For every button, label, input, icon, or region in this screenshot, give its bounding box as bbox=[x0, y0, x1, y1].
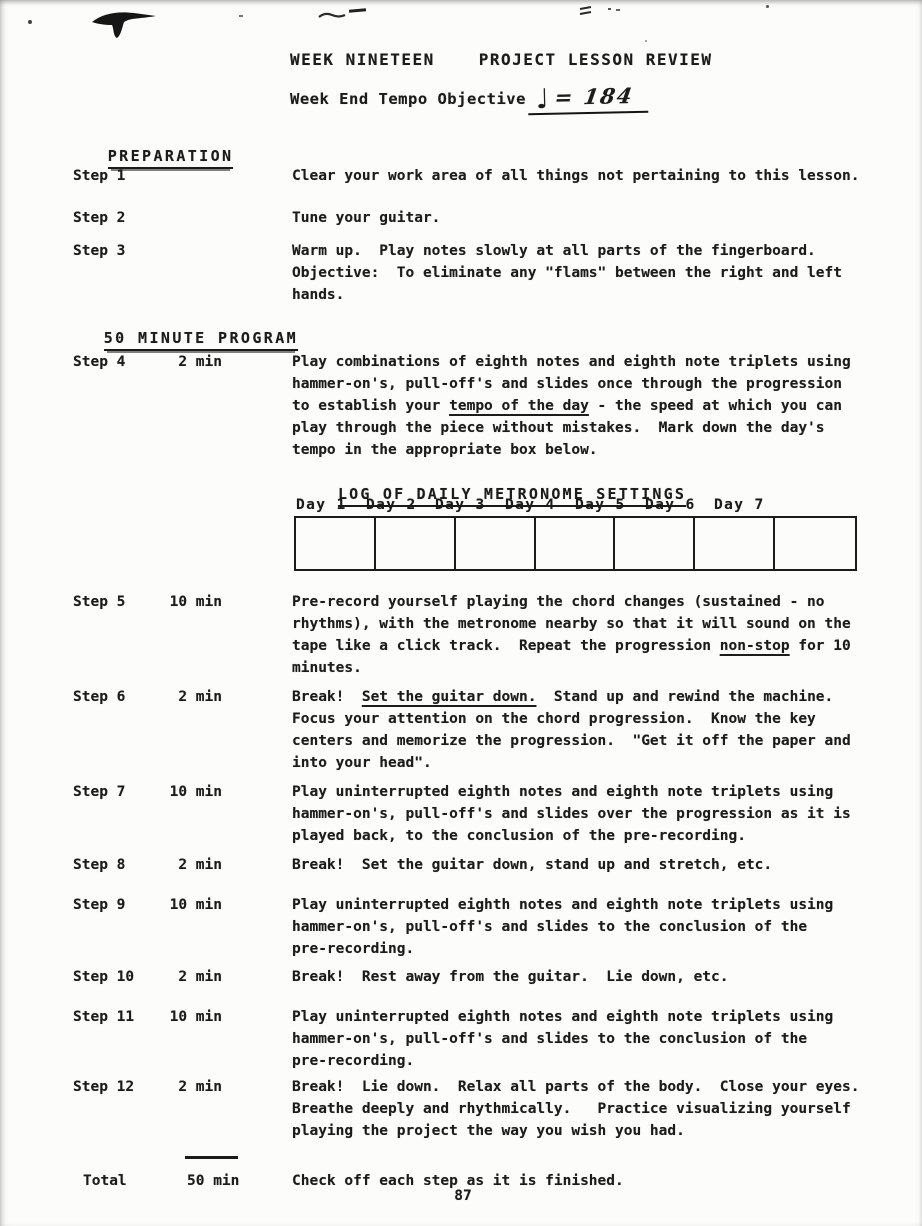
step-time: 2 min bbox=[168, 686, 222, 708]
program-heading-text: 50 MINUTE PROGRAM bbox=[104, 329, 298, 351]
day-column-header: Day 3 bbox=[435, 497, 486, 513]
sum-rule bbox=[185, 1156, 238, 1159]
step-label: Step 12 bbox=[73, 1076, 134, 1098]
step-text: Warm up. Play notes slowly at all parts … bbox=[292, 240, 906, 306]
step-text: Play uninterrupted eighth notes and eigh… bbox=[292, 1006, 906, 1072]
quarter-note-icon: ♩ bbox=[536, 93, 549, 107]
scan-smudge-tilde bbox=[318, 11, 346, 20]
scan-speck bbox=[239, 15, 243, 17]
step-time: 2 min bbox=[168, 1076, 222, 1098]
page-number: 87 bbox=[438, 1188, 488, 1204]
step-label: Step 10 bbox=[73, 966, 134, 988]
step-label: Step 8 bbox=[73, 854, 125, 876]
step-label: Step 2 bbox=[73, 207, 125, 229]
step-label: Step 11 bbox=[73, 1006, 134, 1028]
metronome-day-box bbox=[775, 518, 855, 569]
step-text: Tune your guitar. bbox=[292, 207, 906, 229]
step-text: Play uninterrupted eighth notes and eigh… bbox=[292, 894, 906, 960]
step-time: 2 min bbox=[168, 351, 222, 373]
step-label: Step 6 bbox=[73, 686, 125, 708]
step-time: 10 min bbox=[168, 781, 222, 803]
step-label: Step 4 bbox=[73, 351, 125, 373]
scan-speck bbox=[645, 40, 647, 42]
tempo-objective-line: Week End Tempo Objective ♩= 184 bbox=[290, 84, 647, 114]
metronome-day-box bbox=[536, 518, 616, 569]
metronome-day-box bbox=[695, 518, 775, 569]
step-time: 10 min bbox=[168, 591, 222, 613]
step-time: 10 min bbox=[168, 894, 222, 916]
step-text: Play combinations of eighth notes and ei… bbox=[292, 351, 906, 461]
metronome-day-box bbox=[376, 518, 456, 569]
log-heading: LOG OF DAILY METRONOME SETTINGS bbox=[293, 467, 686, 521]
scanned-lesson-page: WEEK NINETEEN PROJECT LESSON REVIEW Week… bbox=[0, 0, 922, 1226]
preparation-heading-text: PREPARATION bbox=[108, 147, 234, 169]
step-text: Break! Set the guitar down. Stand up and… bbox=[292, 686, 906, 774]
total-time: 50 min bbox=[187, 1170, 239, 1192]
tempo-value: = 184 bbox=[553, 83, 636, 110]
page-header: WEEK NINETEEN PROJECT LESSON REVIEW bbox=[290, 50, 713, 69]
metronome-day-box bbox=[296, 518, 376, 569]
day-column-header: Day 6 bbox=[645, 497, 696, 513]
step-time: 10 min bbox=[168, 1006, 222, 1028]
step-label: Step 7 bbox=[73, 781, 125, 803]
step-text: Pre-record yourself playing the chord ch… bbox=[292, 591, 906, 679]
scan-smudge-swoosh bbox=[90, 9, 160, 41]
day-column-header: Day 4 bbox=[505, 497, 556, 513]
scan-smudge-dash bbox=[349, 8, 366, 12]
metronome-day-box bbox=[456, 518, 536, 569]
metronome-log-table bbox=[294, 516, 857, 571]
handwritten-tempo: ♩= 184 bbox=[528, 83, 648, 115]
total-text: Check off each step as it is finished. bbox=[292, 1170, 906, 1192]
step-text: Break! Set the guitar down, stand up and… bbox=[292, 854, 906, 876]
scan-speck bbox=[766, 5, 769, 8]
scan-speck bbox=[28, 20, 32, 24]
scan-speck bbox=[608, 8, 611, 10]
scan-speck bbox=[616, 9, 620, 11]
step-time: 2 min bbox=[168, 966, 222, 988]
step-label: Step 3 bbox=[73, 240, 125, 262]
day-column-header: Day 2 bbox=[366, 497, 417, 513]
step-label: Step 9 bbox=[73, 894, 125, 916]
metronome-day-box bbox=[615, 518, 695, 569]
step-text: Break! Rest away from the guitar. Lie do… bbox=[292, 966, 906, 988]
day-column-header: Day 1 bbox=[296, 497, 347, 513]
step-text: Play uninterrupted eighth notes and eigh… bbox=[292, 781, 906, 847]
week-title: WEEK NINETEEN bbox=[290, 50, 435, 69]
step-label: Step 5 bbox=[73, 591, 125, 613]
day-column-header: Day 5 bbox=[575, 497, 626, 513]
step-time: 2 min bbox=[168, 854, 222, 876]
tempo-objective-label: Week End Tempo Objective bbox=[290, 90, 526, 108]
step-label: Step 1 bbox=[73, 165, 125, 187]
scan-smudge-mark bbox=[579, 6, 593, 16]
total-label: Total bbox=[83, 1170, 127, 1192]
step-text: Break! Lie down. Relax all parts of the … bbox=[292, 1076, 906, 1142]
step-text: Clear your work area of all things not p… bbox=[292, 165, 906, 187]
day-column-header: Day 7 bbox=[714, 497, 765, 513]
lesson-title: PROJECT LESSON REVIEW bbox=[479, 50, 713, 69]
